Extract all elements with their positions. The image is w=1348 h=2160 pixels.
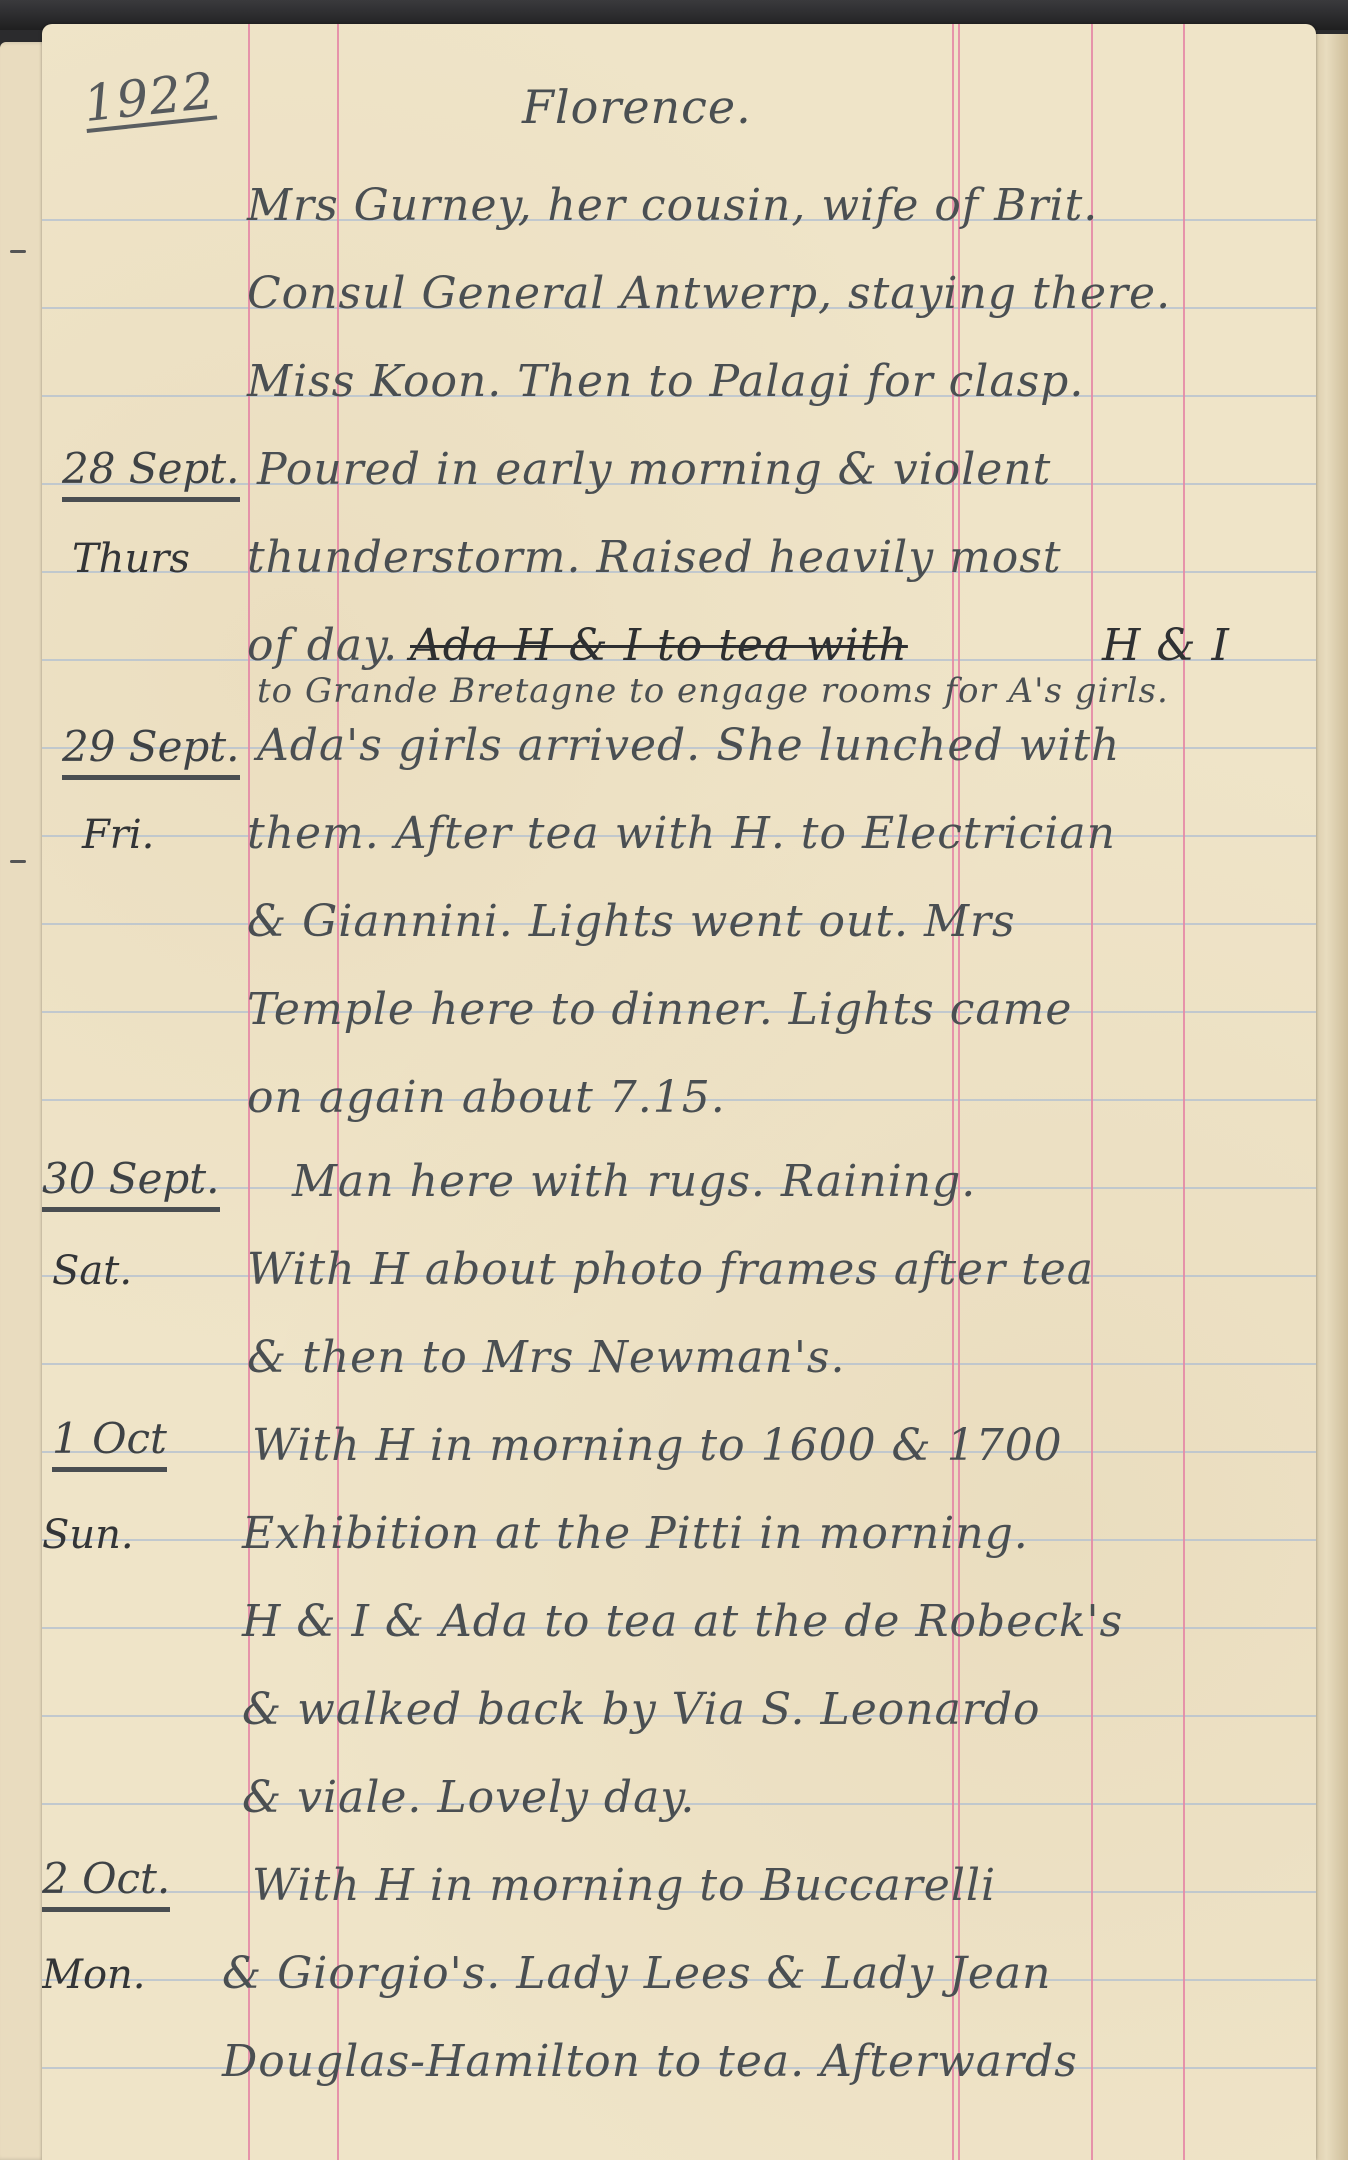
text-line: & viale. Lovely day. (242, 1776, 695, 1820)
entry-date: 2 Oct. (42, 1854, 170, 1912)
entry-date: 1 Oct (52, 1414, 167, 1472)
text-line: & walked back by Via S. Leonardo (242, 1688, 1041, 1732)
entry-date: 30 Sept. (42, 1154, 220, 1212)
text-line: Man here with rugs. Raining. (292, 1160, 976, 1204)
text-line: H & I (1102, 624, 1230, 668)
margin-mark (10, 250, 26, 253)
text-line: Exhibition at the Pitti in morning. (242, 1512, 1029, 1556)
column-rule (958, 24, 960, 2160)
text-line: Temple here to dinner. Lights came (247, 988, 1072, 1032)
text-line: & Giannini. Lights went out. Mrs (247, 900, 1016, 944)
text-line: Miss Koon. Then to Palagi for clasp. (247, 360, 1084, 404)
text-line: them. After tea with H. to Electrician (247, 812, 1116, 856)
entry-day: Thurs (72, 536, 190, 582)
text-line: Consul General Antwerp, staying there. (247, 272, 1171, 316)
entry-date: 28 Sept. (62, 444, 240, 502)
text-line: on again about 7.15. (247, 1076, 726, 1120)
entry-day: Fri. (82, 812, 154, 858)
text-line: H & I & Ada to tea at the de Robeck's (242, 1600, 1123, 1644)
entry-day: Sat. (52, 1248, 132, 1294)
diary-page: 1922 Florence. Mrs Gurney, her cousin, w… (42, 24, 1316, 2160)
margin-mark (10, 860, 26, 863)
page-stack-edge (1312, 34, 1348, 2160)
page-title: Florence. (522, 84, 752, 130)
entry-day: Sun. (42, 1512, 134, 1558)
entry-date: 29 Sept. (62, 722, 240, 780)
year-heading: 1922 (81, 66, 217, 133)
struck-text: Ada H & I to tea with (410, 624, 908, 668)
text-line: & then to Mrs Newman's. (247, 1336, 846, 1380)
text-line: thunderstorm. Raised heavily most (247, 536, 1062, 580)
text-line: Poured in early morning & violent (257, 448, 1051, 492)
entry-day: Mon. (42, 1952, 146, 1998)
inserted-line: to Grande Bretagne to engage rooms for A… (257, 674, 1169, 708)
text-line: With H about photo frames after tea (247, 1248, 1094, 1292)
text-line: With H in morning to 1600 & 1700 (252, 1424, 1063, 1468)
text-line: Ada's girls arrived. She lunched with (257, 724, 1120, 768)
text-line: & Giorgio's. Lady Lees & Lady Jean (222, 1952, 1051, 1996)
text-line: Douglas-Hamilton to tea. Afterwards (222, 2040, 1078, 2084)
column-rule (952, 24, 954, 2160)
text-line: of day. (247, 624, 398, 668)
column-rule (1091, 24, 1093, 2160)
text-line: With H in morning to Buccarelli (252, 1864, 996, 1908)
column-rule (1183, 24, 1185, 2160)
text-line: Mrs Gurney, her cousin, wife of Brit. (247, 184, 1098, 228)
